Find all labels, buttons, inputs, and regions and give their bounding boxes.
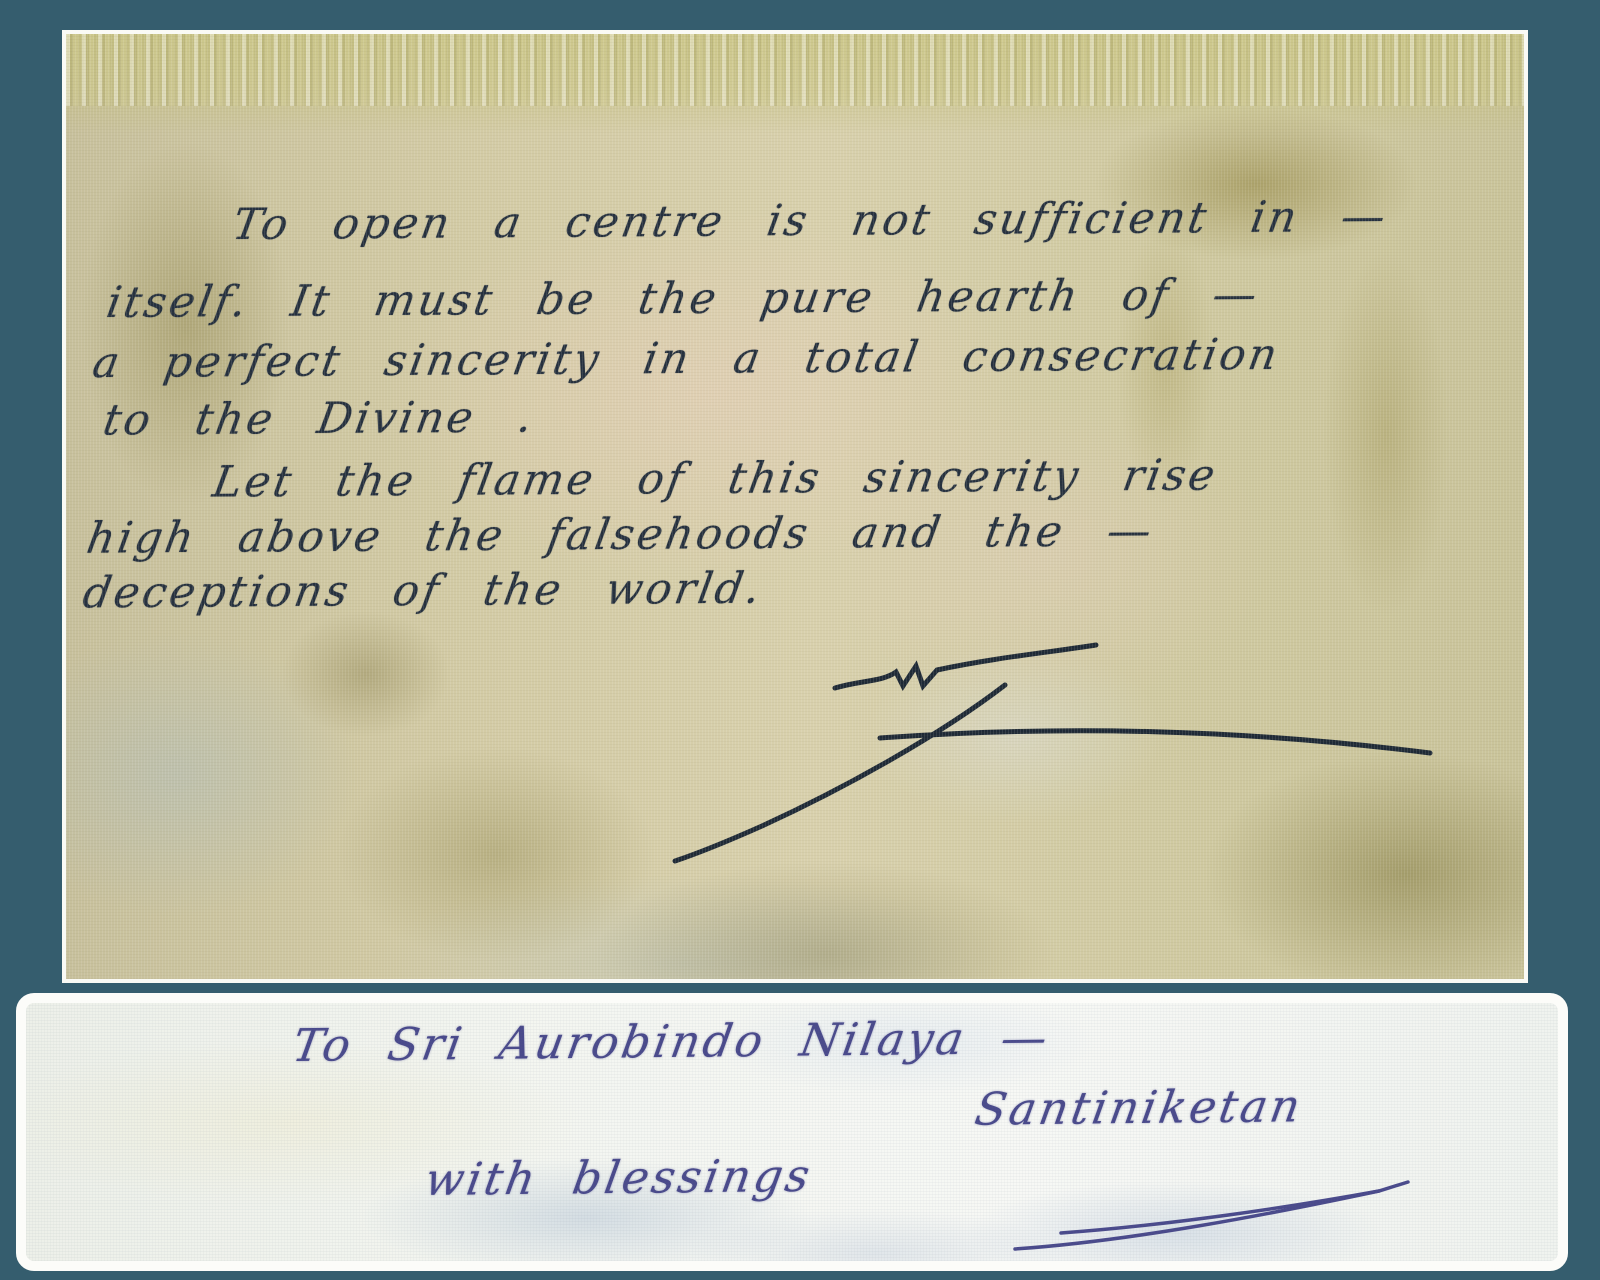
handwritten-line: a perfect sincerity in a total consecrat… (89, 330, 1284, 388)
handwritten-line: high above the falsehoods and the — (83, 506, 1158, 563)
partial-signature-flourish-icon (1011, 1175, 1411, 1255)
handwritten-line: with blessings (421, 1149, 816, 1206)
framed-photo-background: To open a centre is not sufficient in — … (0, 0, 1600, 1280)
bottom-dedication-panel: To Sri Aurobindo Nilaya — Santiniketan w… (16, 993, 1568, 1271)
handwritten-line: to the Divine . (100, 392, 540, 445)
handwritten-line: To open a centre is not sufficient in — (229, 192, 1392, 250)
handwritten-line: Let the flame of this sincerity rise (209, 451, 1221, 508)
handwritten-line: itself. It must be the pure hearth of — (103, 270, 1263, 328)
handwritten-line: Santiniketan (971, 1079, 1307, 1135)
mother-signature-flourish-icon (640, 630, 1460, 880)
top-manuscript-panel: To open a centre is not sufficient in — … (62, 30, 1528, 983)
handwritten-line: To Sri Aurobindo Nilaya — (289, 1011, 1054, 1072)
handwritten-line: deceptions of the world. (79, 564, 766, 619)
